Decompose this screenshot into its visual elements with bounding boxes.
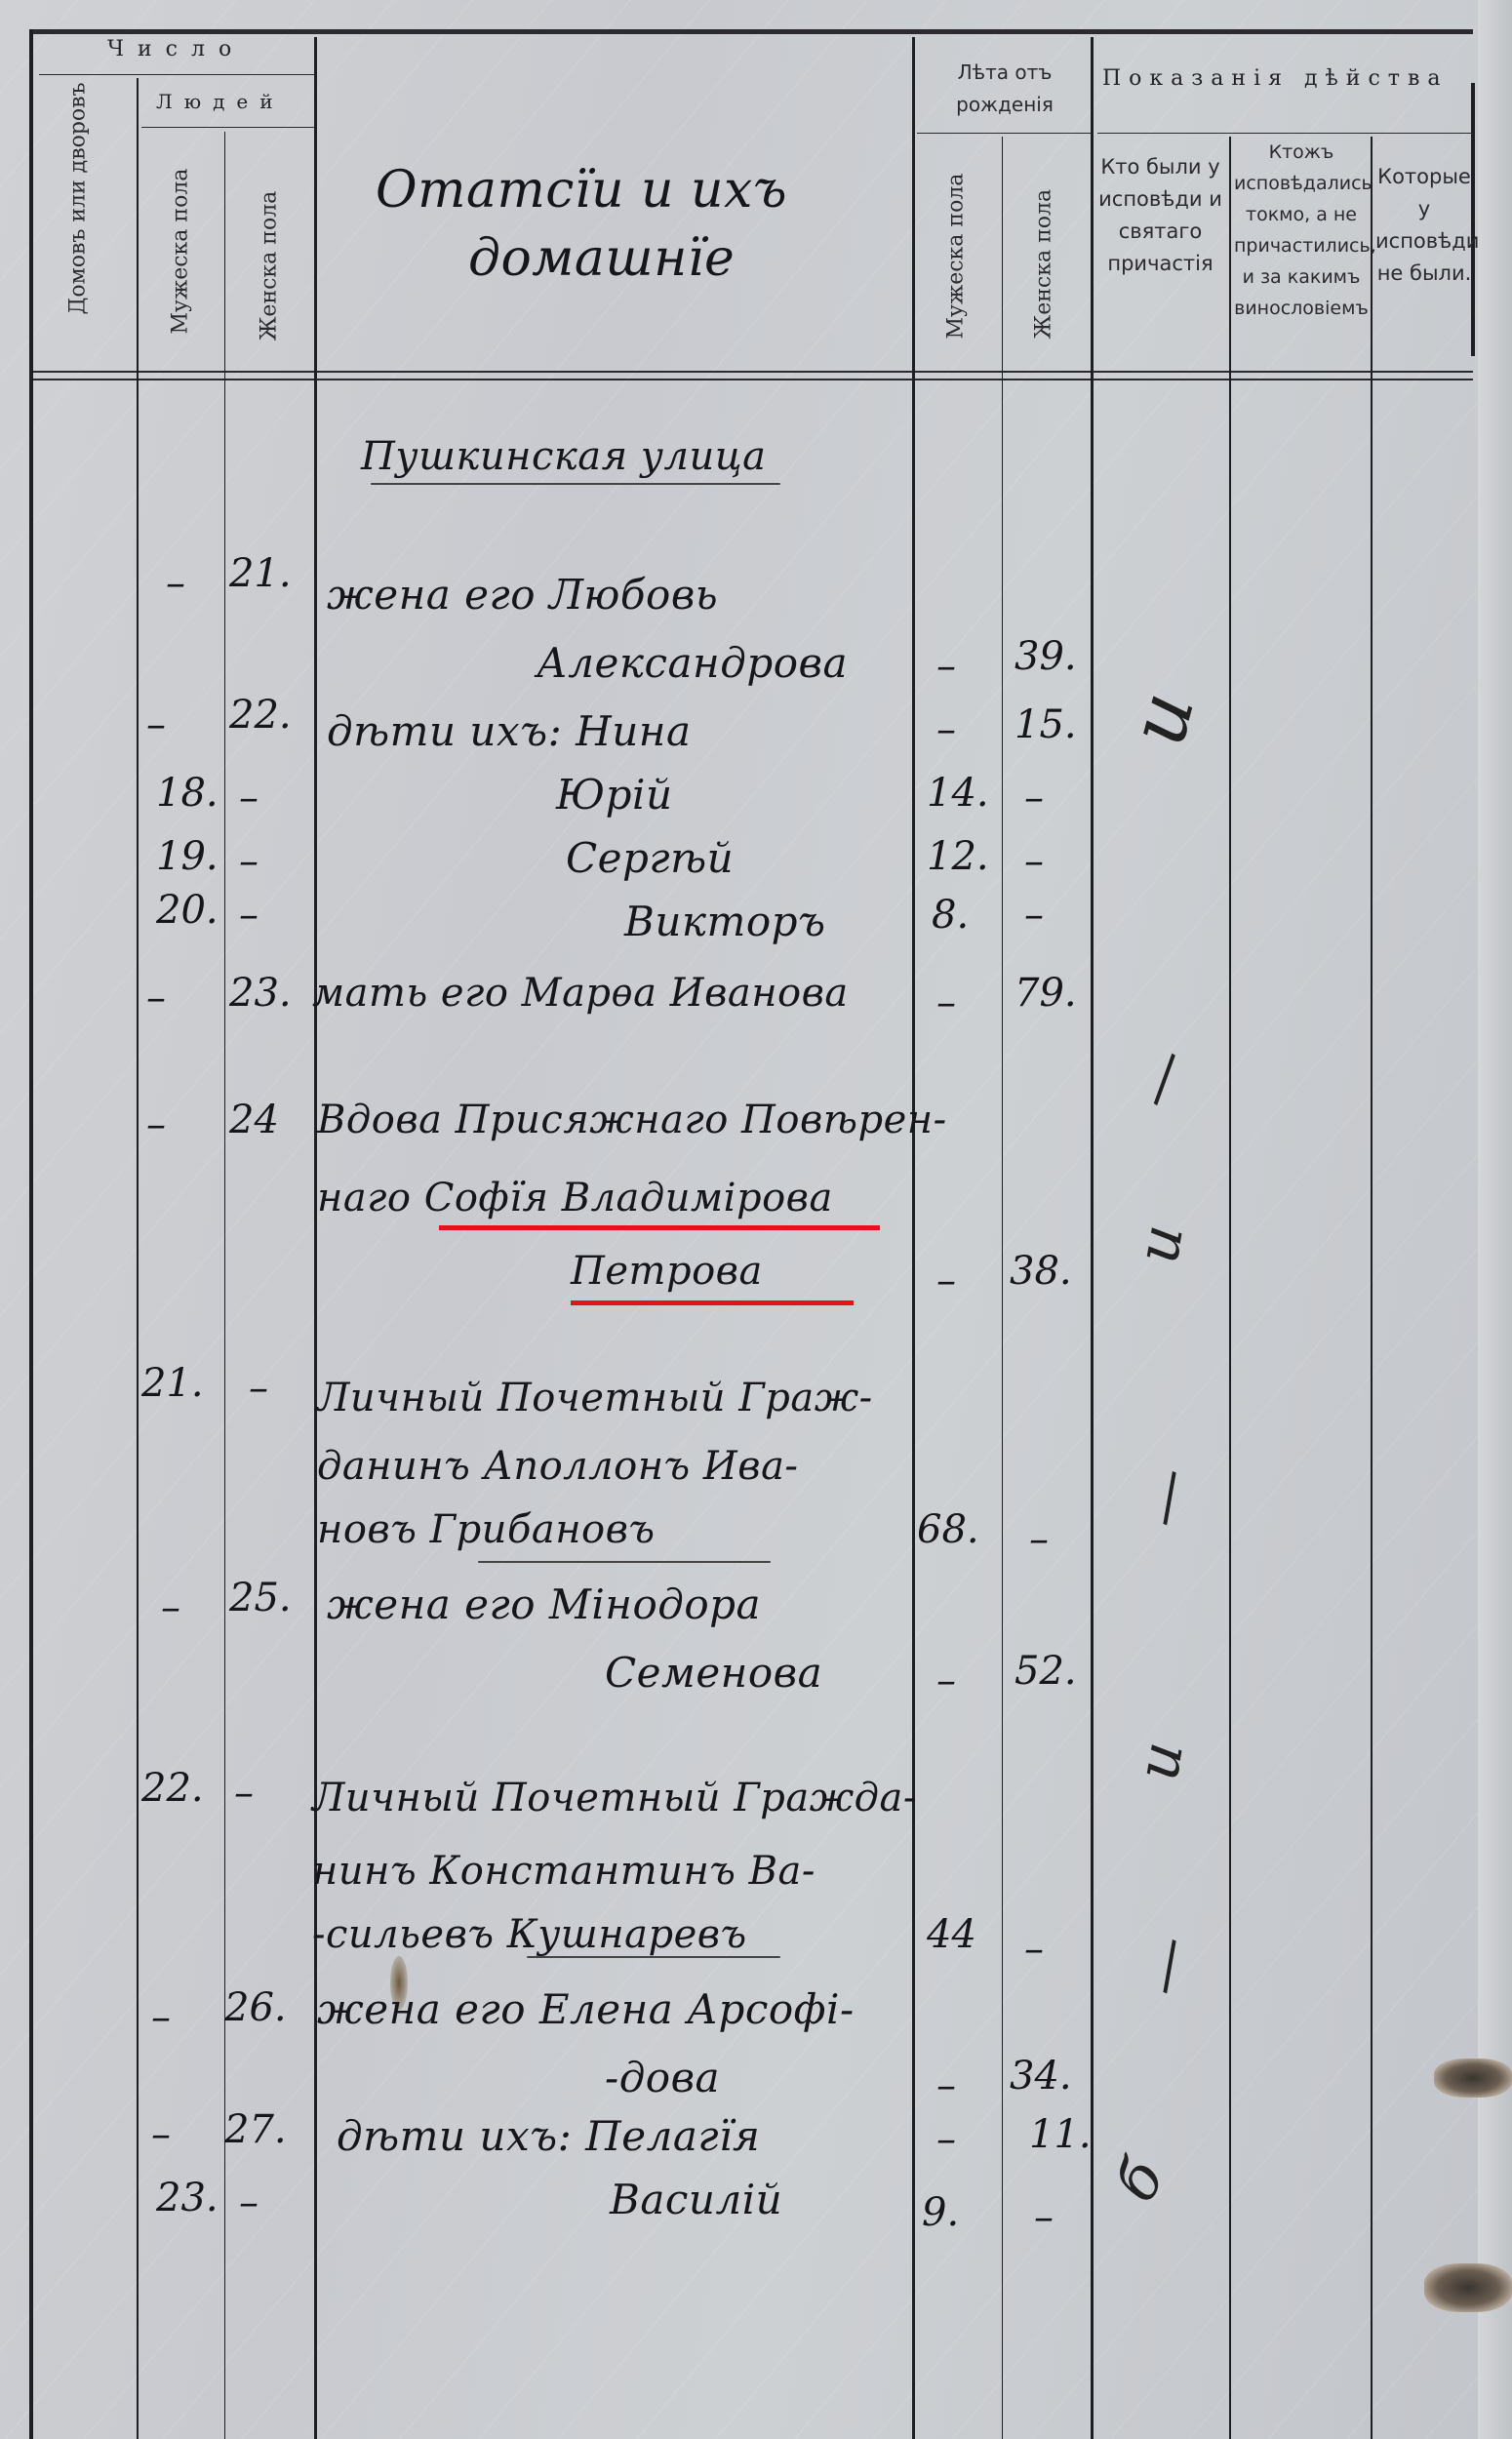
row-11-line-0: дѣти ихъ: Пелагїя (337, 2112, 760, 2160)
col-rule-houses (137, 78, 139, 2439)
row-7-line-0: Личный Почетный Граж- (317, 1376, 873, 1420)
row-10-female-no: 26. (224, 1985, 287, 2030)
row-5-female-no: 23. (229, 971, 292, 1016)
row-4-line-0: Викторъ (624, 898, 826, 945)
row-3-female-no: – (239, 839, 259, 884)
row-2-male-no: 18. (156, 771, 219, 816)
row-3-age-f: – (1024, 839, 1044, 884)
row-12-line-0: Василій (610, 2176, 782, 2223)
street-heading: Пушкинская улица (361, 434, 767, 479)
col-rule-conf-1 (1229, 137, 1231, 2439)
header-col-confessed-communed: Кто были у исповѣди и святаго причастія (1094, 151, 1226, 280)
highlight-underline-given-names (439, 1225, 880, 1230)
row-1-female-no: 22. (229, 693, 292, 738)
binding-hole-2 (1424, 2263, 1512, 2312)
row-12-male-no: 23. (156, 2176, 219, 2220)
row-3-age-m: 12. (927, 834, 989, 879)
row-5-line-0: мать его Марѳа Иванова (312, 971, 849, 1016)
row-7-age-m: 68. (917, 1507, 979, 1552)
header-names-title-1: Отатсїи и ихъ (376, 161, 787, 220)
age-rule (917, 133, 1091, 134)
header-col-confessed-only: Ктожъ исповѣдались токмо, а не причастил… (1234, 137, 1369, 324)
header-age-male: Мужеска пола (944, 193, 969, 340)
row-7-line-2: новъ Грибановъ (317, 1507, 656, 1552)
row-9-line-1: нинъ Константинъ Ва- (312, 1849, 816, 1894)
row-11-male-no: – (151, 2112, 171, 2157)
row-6-age-f: 38. (1010, 1249, 1072, 1294)
row-11-female-no: 27. (224, 2107, 287, 2152)
row-9-line-2: -сильевъ Кушнаревъ (312, 1912, 747, 1957)
row-0-line-1: Александрова (537, 639, 848, 687)
header-confession-group: Показанія дѣйства (1102, 66, 1448, 91)
row-8-line-1: Семенова (605, 1649, 822, 1697)
binding-hole-1 (1434, 2059, 1512, 2098)
surname-underline-kushnarev (527, 1956, 780, 1958)
row-10-line-0: жена его Елена Арсофі- (317, 1985, 855, 2033)
top-border (29, 29, 1473, 34)
col-rule-age-male (1002, 137, 1003, 2439)
row-4-female-no: – (239, 893, 259, 938)
row-4-male-no: 20. (156, 888, 219, 933)
header-names-title-2: домашнїе (468, 229, 735, 288)
row-8-line-0: жена его Мінодора (327, 1580, 761, 1628)
confession-mark-3: — (1127, 1462, 1204, 1532)
row-8-female-no: 25. (229, 1576, 292, 1620)
row-5-age-m: – (936, 980, 956, 1025)
confession-rule (1097, 133, 1473, 134)
row-6-age-m: – (936, 1259, 956, 1303)
header-lyudey: Людей (156, 90, 285, 113)
col-rule-age-female (1091, 37, 1094, 2439)
row-0-line-0: жена его Любовь (327, 571, 718, 619)
row-7-female-no: – (249, 1366, 268, 1411)
row-4-age-f: – (1024, 893, 1044, 938)
row-9-age-m: 44 (927, 1912, 976, 1957)
row-6-line-0: Вдова Присяжнаго Повѣрен- (317, 1098, 947, 1142)
col-rule-conf-2 (1371, 137, 1373, 2439)
row-0-female-no: 21. (229, 551, 292, 596)
row-6-line-1: наго Софїя Владимірова (317, 1176, 833, 1220)
row-7-line-1: данинъ Аполлонъ Ива- (317, 1444, 798, 1489)
row-0-male-no: – (166, 561, 185, 606)
surname-underline-gribanov (478, 1561, 771, 1563)
highlight-underline-surname (571, 1300, 854, 1305)
header-chislo: Число (107, 37, 245, 61)
row-2-age-f: – (1024, 776, 1044, 820)
confession-mark-5: — (1127, 1931, 1204, 2000)
row-1-age-f: 15. (1015, 702, 1077, 747)
row-6-line-2: Петрова (571, 1249, 763, 1294)
row-3-male-no: 19. (156, 834, 219, 879)
row-11-age-f: 11. (1029, 2112, 1092, 2157)
header-houses: Домовъ или дворовъ (66, 120, 91, 315)
row-12-age-m: 9. (922, 2190, 959, 2235)
row-1-male-no: – (146, 702, 166, 747)
col-rule-names (912, 37, 915, 2439)
row-9-age-f: – (1024, 1927, 1044, 1972)
row-10-line-1: -дова (605, 2054, 720, 2101)
row-2-line-0: Юрій (556, 771, 673, 819)
row-5-male-no: – (146, 976, 166, 1020)
row-6-male-no: – (146, 1102, 166, 1147)
row-10-male-no: – (151, 1995, 171, 2040)
row-12-female-no: – (239, 2180, 259, 2225)
header-females: Женска пола (258, 188, 282, 344)
col-rule-males (224, 132, 225, 2439)
row-11-age-m: – (936, 2117, 956, 2162)
row-8-age-f: 52. (1015, 1649, 1077, 1694)
row-7-age-f: – (1029, 1517, 1049, 1562)
row-0-age-m: – (936, 644, 956, 689)
row-2-female-no: – (239, 776, 259, 820)
header-bottom-rule (29, 371, 1473, 373)
row-6-female-no: 24 (229, 1098, 279, 1142)
row-2-age-m: 14. (927, 771, 989, 816)
header-age-group: Лѣта отъ рожденія (932, 57, 1078, 121)
row-1-line-0: дѣти ихъ: Нина (327, 707, 692, 755)
row-3-line-0: Сергѣй (566, 834, 734, 882)
chislo-rule (39, 74, 314, 75)
row-7-male-no: 21. (141, 1361, 204, 1406)
header-bottom-rule-2 (29, 379, 1473, 380)
row-10-age-m: – (936, 2063, 956, 2108)
row-9-male-no: 22. (141, 1766, 204, 1811)
row-0-age-f: 39. (1015, 634, 1077, 679)
row-9-female-no: – (234, 1771, 254, 1816)
row-10-age-f: 34. (1010, 2054, 1072, 2099)
header-col-not-confessed: Которые у исповѣди не были. (1375, 161, 1473, 290)
row-12-age-f: – (1034, 2195, 1054, 2240)
street-underline (371, 483, 780, 485)
left-border (29, 29, 33, 2439)
header-males: Мужеска пола (169, 179, 193, 335)
row-8-age-m: – (936, 1659, 956, 1703)
row-1-age-m: – (936, 707, 956, 752)
row-4-age-m: 8. (932, 893, 969, 938)
row-9-line-0: Личный Почетный Гражда- (312, 1776, 917, 1820)
lyudey-rule (141, 127, 314, 128)
col-rule-females (314, 37, 317, 2439)
header-age-female: Женска пола (1032, 193, 1056, 340)
row-5-age-f: 79. (1015, 971, 1077, 1016)
row-8-male-no: – (161, 1585, 180, 1630)
